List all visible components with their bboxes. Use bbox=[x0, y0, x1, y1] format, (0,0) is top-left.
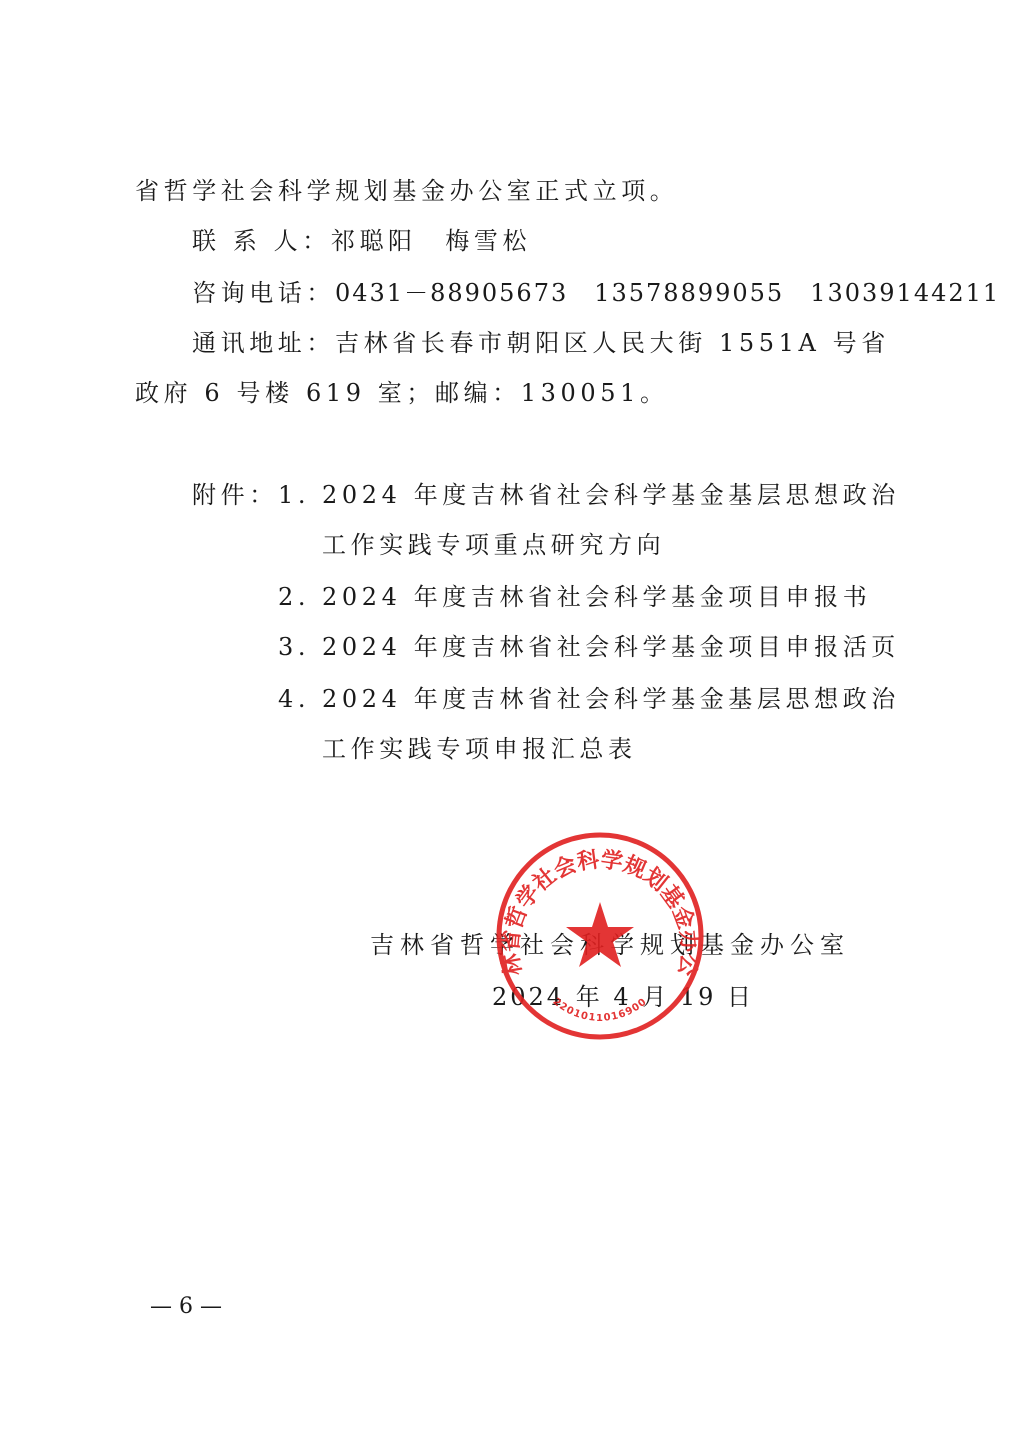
phone-numbers: 0431－88905673 13578899055 13039144211 bbox=[335, 279, 1000, 307]
svg-text:2201011016900: 2201011016900 bbox=[551, 996, 650, 1024]
official-seal-icon: 吉林省哲学社会科学规划基金办公室 2201011016900 bbox=[494, 830, 706, 1042]
attachment-4-num: 4. bbox=[278, 684, 310, 714]
attachment-1-num: 1. bbox=[278, 480, 310, 510]
attachment-3-line1: 2024 年度吉林省社会科学基金项目申报活页 bbox=[322, 632, 900, 662]
contact-row: 联 系 人：祁聪阳 梅雪松 bbox=[192, 226, 531, 256]
attachment-1-line2: 工作实践专项重点研究方向 bbox=[322, 530, 665, 560]
attachments-label: 附件： bbox=[192, 480, 278, 510]
address-line-1: 吉林省长春市朝阳区人民大街 1551A 号省 bbox=[335, 329, 890, 357]
attachment-4-line1: 2024 年度吉林省社会科学基金基层思想政治 bbox=[322, 684, 900, 714]
contact-label: 联 系 人： bbox=[192, 227, 331, 255]
phone-row: 咨询电话：0431－88905673 13578899055 130391442… bbox=[192, 278, 1000, 308]
contact-names: 祁聪阳 梅雪松 bbox=[331, 227, 531, 255]
seal-text: 吉林省哲学社会科学规划基金办公室 bbox=[494, 830, 703, 979]
address-line-2: 政府 6 号楼 619 室；邮编：130051。 bbox=[135, 378, 669, 408]
svg-text:吉林省哲学社会科学规划基金办公室: 吉林省哲学社会科学规划基金办公室 bbox=[494, 830, 703, 979]
phone-label: 咨询电话： bbox=[192, 279, 335, 307]
star-icon bbox=[566, 902, 634, 967]
attachment-1-line1: 2024 年度吉林省社会科学基金基层思想政治 bbox=[322, 480, 900, 510]
seal-code: 2201011016900 bbox=[551, 996, 650, 1024]
attachment-3-num: 3. bbox=[278, 632, 310, 662]
page-number: — 6 — bbox=[150, 1294, 222, 1319]
attachment-2-num: 2. bbox=[278, 582, 310, 612]
attachment-4-line2: 工作实践专项申报汇总表 bbox=[322, 734, 637, 764]
address-row: 通讯地址：吉林省长春市朝阳区人民大街 1551A 号省 bbox=[192, 328, 890, 358]
address-label: 通讯地址： bbox=[192, 329, 335, 357]
attachment-2-line1: 2024 年度吉林省社会科学基金项目申报书 bbox=[322, 582, 871, 612]
body-line-1: 省哲学社会科学规划基金办公室正式立项。 bbox=[135, 176, 678, 206]
